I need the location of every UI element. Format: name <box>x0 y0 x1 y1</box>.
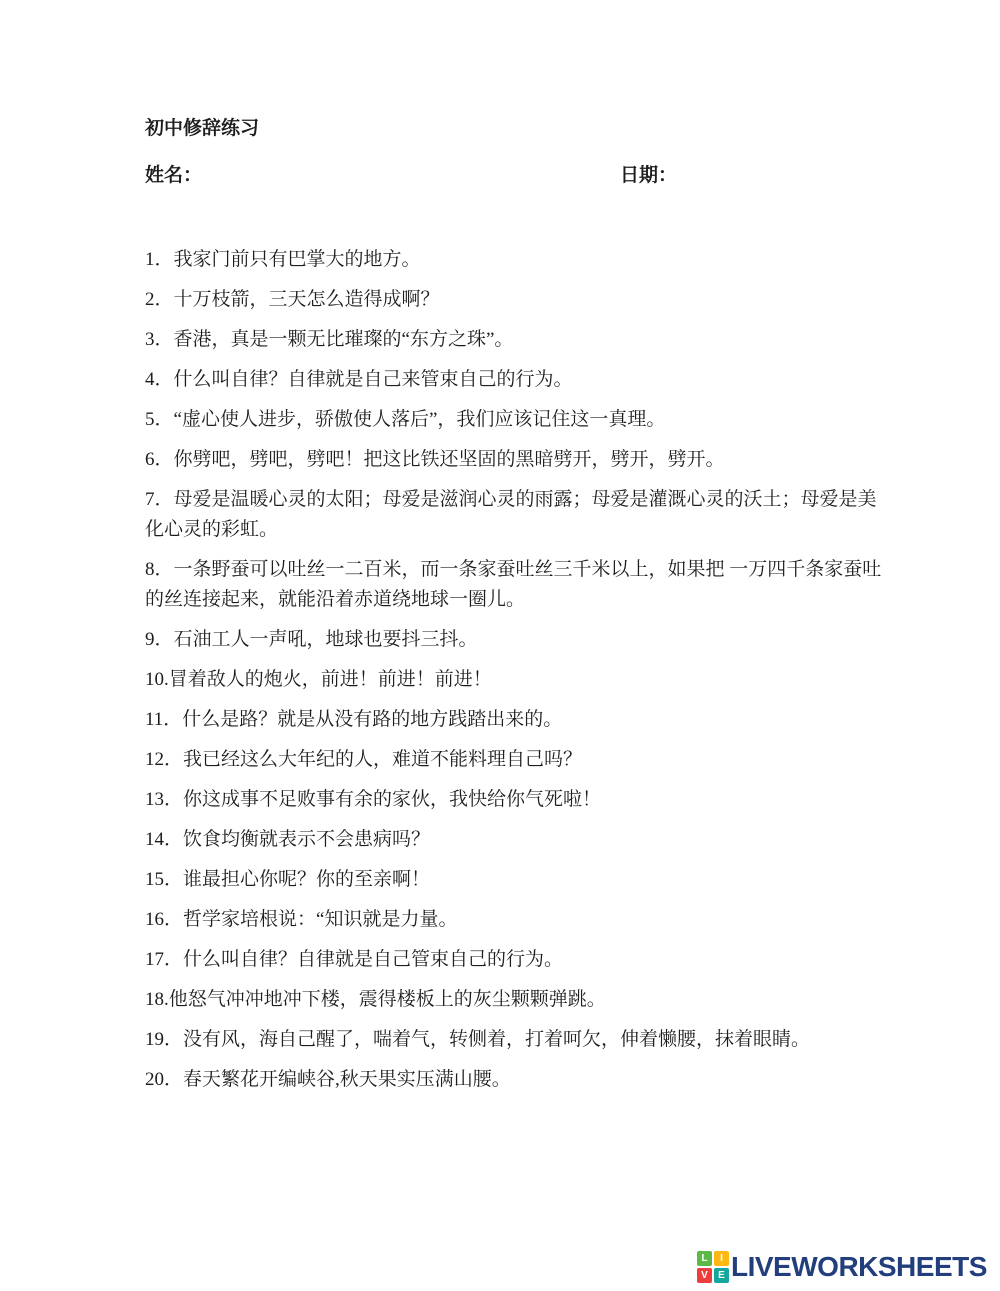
page-title: 初中修辞练习 <box>145 116 887 142</box>
liveworksheets-logo[interactable]: LIVE LIVEWORKSHEETS <box>697 1251 987 1283</box>
item-text: 谁最担心你呢？你的至亲啊！ <box>183 869 430 890</box>
exercise-item-3: 3．香港，真是一颗无比璀璨的“东方之珠”。 <box>145 325 887 355</box>
item-number: 18. <box>145 989 169 1010</box>
item-number: 8． <box>145 559 174 580</box>
item-text: 一条野蚕可以吐丝一二百米，而一条家蚕吐丝三千米以上，如果把 一万四千条家蚕吐的丝… <box>145 559 881 610</box>
logo-letter-l-icon: L <box>697 1251 712 1266</box>
item-text: 他怒气冲冲地冲下楼，震得楼板上的灰尘颗颗弹跳。 <box>169 989 606 1010</box>
item-text: 哲学家培根说：“知识就是力量。 <box>183 909 457 930</box>
exercise-item-6: 6．你劈吧，劈吧，劈吧！把这比铁还坚固的黑暗劈开，劈开，劈开。 <box>145 445 887 475</box>
liveworksheets-icon: LIVE <box>697 1251 729 1283</box>
exercise-item-11: 11．什么是路？就是从没有路的地方践踏出来的。 <box>145 705 887 735</box>
brand-name: LIVEWORKSHEETS <box>731 1251 987 1283</box>
item-number: 4． <box>145 369 174 390</box>
exercise-item-10: 10.冒着敌人的炮火，前进！前进！前进！ <box>145 665 887 695</box>
exercise-item-2: 2．十万枝箭，三天怎么造得成啊？ <box>145 285 887 315</box>
meta-row: 姓名： 日期： <box>145 163 887 189</box>
item-text: 你这成事不足败事有余的家伙，我快给你气死啦！ <box>183 789 601 810</box>
logo-letter-e-icon: E <box>714 1268 729 1283</box>
item-number: 20． <box>145 1069 183 1090</box>
exercise-item-13: 13．你这成事不足败事有余的家伙，我快给你气死啦！ <box>145 785 887 815</box>
exercise-item-19: 19．没有风，海自己醒了，喘着气，转侧着，打着呵欠，伸着懒腰，抹着眼睛。 <box>145 1025 887 1055</box>
date-label: 日期： <box>620 163 677 189</box>
item-text: 香港，真是一颗无比璀璨的“东方之珠”。 <box>174 329 514 350</box>
exercise-item-16: 16．哲学家培根说：“知识就是力量。 <box>145 905 887 935</box>
item-number: 5． <box>145 409 174 430</box>
item-number: 11． <box>145 709 182 730</box>
item-text: 十万枝箭，三天怎么造得成啊？ <box>174 289 440 310</box>
item-text: 什么叫自律？自律就是自己来管束自己的行为。 <box>174 369 573 390</box>
worksheet-page: 初中修辞练习 姓名： 日期： 1．我家门前只有巴掌大的地方。2．十万枝箭，三天怎… <box>145 116 887 1105</box>
exercise-item-4: 4．什么叫自律？自律就是自己来管束自己的行为。 <box>145 365 887 395</box>
item-number: 1． <box>145 249 174 270</box>
item-number: 3． <box>145 329 174 350</box>
exercise-item-9: 9．石油工人一声吼，地球也要抖三抖。 <box>145 625 887 655</box>
item-number: 12． <box>145 749 183 770</box>
item-number: 16． <box>145 909 183 930</box>
item-text: “虚心使人进步，骄傲使人落后”，我们应该记住这一真理。 <box>174 409 666 430</box>
item-number: 14． <box>145 829 183 850</box>
item-number: 19． <box>145 1029 183 1050</box>
item-text: 什么是路？就是从没有路的地方践踏出来的。 <box>182 709 562 730</box>
item-number: 15． <box>145 869 183 890</box>
item-text: 什么叫自律？自律就是自己管束自己的行为。 <box>183 949 563 970</box>
item-number: 2． <box>145 289 174 310</box>
item-number: 13． <box>145 789 183 810</box>
exercise-item-15: 15．谁最担心你呢？你的至亲啊！ <box>145 865 887 895</box>
exercise-item-1: 1．我家门前只有巴掌大的地方。 <box>145 245 887 275</box>
item-text: 冒着敌人的炮火，前进！前进！前进！ <box>169 669 492 690</box>
item-text: 饮食均衡就表示不会患病吗？ <box>183 829 430 850</box>
exercise-item-7: 7．母爱是温暖心灵的太阳；母爱是滋润心灵的雨露；母爱是灌溉心灵的沃土；母爱是美化… <box>145 485 887 545</box>
item-text: 我已经这么大年纪的人，难道不能料理自己吗？ <box>183 749 582 770</box>
exercise-item-8: 8．一条野蚕可以吐丝一二百米，而一条家蚕吐丝三千米以上，如果把 一万四千条家蚕吐… <box>145 555 887 615</box>
item-text: 你劈吧，劈吧，劈吧！把这比铁还坚固的黑暗劈开，劈开，劈开。 <box>174 449 725 470</box>
exercise-item-17: 17．什么叫自律？自律就是自己管束自己的行为。 <box>145 945 887 975</box>
item-number: 6． <box>145 449 174 470</box>
exercise-item-5: 5．“虚心使人进步，骄傲使人落后”，我们应该记住这一真理。 <box>145 405 887 435</box>
item-number: 10. <box>145 669 169 690</box>
logo-letter-v-icon: V <box>697 1268 712 1283</box>
logo-letter-i-icon: I <box>714 1251 729 1266</box>
item-text: 我家门前只有巴掌大的地方。 <box>174 249 421 270</box>
item-text: 春天繁花开编峡谷,秋天果实压满山腰。 <box>183 1069 511 1090</box>
exercise-item-12: 12．我已经这么大年纪的人，难道不能料理自己吗？ <box>145 745 887 775</box>
item-text: 没有风，海自己醒了，喘着气，转侧着，打着呵欠，伸着懒腰，抹着眼睛。 <box>183 1029 810 1050</box>
item-number: 9． <box>145 629 174 650</box>
item-number: 7． <box>145 489 174 510</box>
name-label: 姓名： <box>145 165 202 186</box>
exercise-list: 1．我家门前只有巴掌大的地方。2．十万枝箭，三天怎么造得成啊？3．香港，真是一颗… <box>145 245 887 1095</box>
exercise-item-20: 20．春天繁花开编峡谷,秋天果实压满山腰。 <box>145 1065 887 1095</box>
exercise-item-18: 18.他怒气冲冲地冲下楼，震得楼板上的灰尘颗颗弹跳。 <box>145 985 887 1015</box>
exercise-item-14: 14．饮食均衡就表示不会患病吗？ <box>145 825 887 855</box>
item-number: 17． <box>145 949 183 970</box>
item-text: 母爱是温暖心灵的太阳；母爱是滋润心灵的雨露；母爱是灌溉心灵的沃土；母爱是美化心灵… <box>145 489 877 540</box>
item-text: 石油工人一声吼，地球也要抖三抖。 <box>174 629 478 650</box>
